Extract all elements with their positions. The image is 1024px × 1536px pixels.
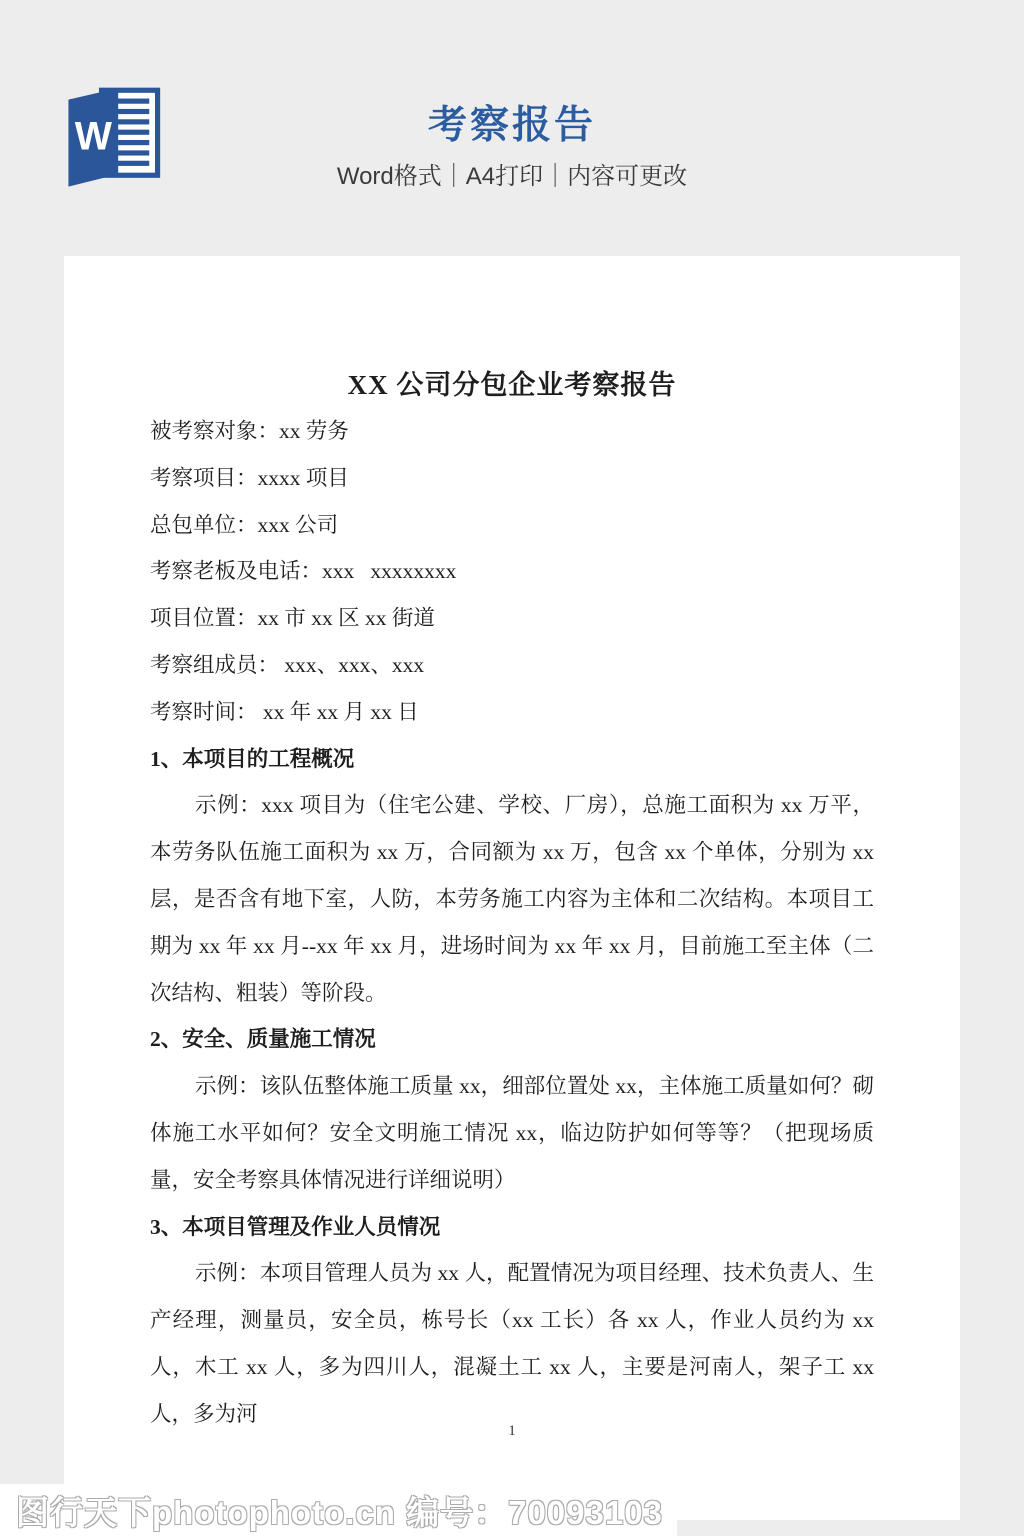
info-line-team-members: 考察组成员： xxx、xxx、xxx [150, 642, 874, 689]
section-3-body: 示例：本项目管理人员为 xx 人，配置情况为项目经理、技术负责人、生产经理，测量… [150, 1250, 874, 1437]
info-line-inspected-target: 被考察对象：xx 劳务 [150, 408, 874, 455]
section-1-heading: 1、本项目的工程概况 [150, 736, 874, 783]
page-number: 1 [64, 1423, 960, 1440]
document-content: XX 公司分包企业考察报告 被考察对象：xx 劳务 考察项目：xxxx 项目 总… [150, 256, 874, 1438]
section-3-heading: 3、本项目管理及作业人员情况 [150, 1204, 874, 1251]
info-line-general-contractor: 总包单位：xxx 公司 [150, 502, 874, 549]
site-watermark: 图行天下photophoto.cn 编号：70093103 [0, 1484, 677, 1536]
info-line-project: 考察项目：xxxx 项目 [150, 455, 874, 502]
section-1-body: 示例：xxx 项目为（住宅公建、学校、厂房），总施工面积为 xx 万平，本劳务队… [150, 782, 874, 1016]
info-line-location: 项目位置：xx 市 xx 区 xx 街道 [150, 595, 874, 642]
template-subtitle: Word格式｜A4打印｜内容可更改 [0, 156, 1024, 191]
info-line-date: 考察时间： xx 年 xx 月 xx 日 [150, 689, 874, 736]
template-title: 考察报告 [0, 94, 1024, 150]
document-title: XX 公司分包企业考察报告 [150, 362, 874, 408]
template-header: W 考察报告 Word格式｜A4打印｜内容可更改 [0, 0, 1024, 256]
document-page: XX 公司分包企业考察报告 被考察对象：xx 劳务 考察项目：xxxx 项目 总… [64, 256, 960, 1520]
section-2-heading: 2、安全、质量施工情况 [150, 1016, 874, 1063]
section-2-body: 示例：该队伍整体施工质量 xx，细部位置处 xx，主体施工质量如何？砌体施工水平… [150, 1063, 874, 1203]
info-line-boss-phone: 考察老板及电话：xxx xxxxxxxx [150, 548, 874, 595]
